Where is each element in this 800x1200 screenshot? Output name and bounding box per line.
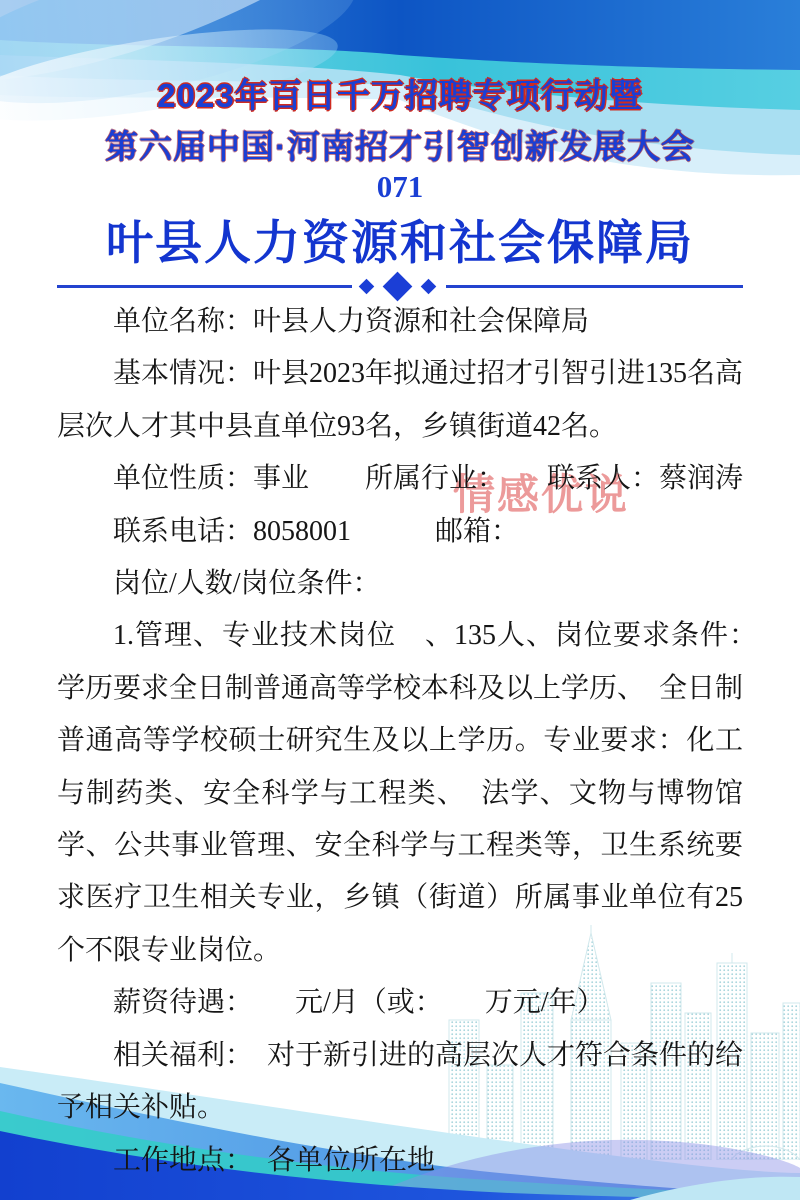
event-title-line2: 第六届中国·河南招才引智创新发展大会 <box>0 121 800 168</box>
benefits-paragraph: 相关福利： 对于新引进的高层次人才符合条件的给予相关补贴。 <box>57 1030 743 1135</box>
divider-diamond-small <box>421 279 437 295</box>
phone-email-paragraph: 联系电话：8058001 邮箱： <box>57 506 743 558</box>
divider-diamond-small <box>359 279 375 295</box>
organization-title: 叶县人力资源和社会保障局 <box>0 206 800 273</box>
event-title-line1: 2023年百日千万招聘专项行动暨 <box>0 70 800 117</box>
position-requirements-paragraph: 1.管理、专业技术岗位 、135人、岗位要求条件： 学历要求全日制普通高等学校本… <box>57 610 743 977</box>
unit-name-paragraph: 单位名称：叶县人力资源和社会保障局 <box>57 296 743 348</box>
listing-number: 071 <box>0 169 800 205</box>
recruitment-poster: 2023年百日千万招聘专项行动暨 第六届中国·河南招才引智创新发展大会 071 … <box>0 0 800 1200</box>
salary-paragraph: 薪资待遇： 元/月（或： 万元/年） <box>57 977 743 1029</box>
basic-info-paragraph: 基本情况：叶县2023年拟通过招才引智引进135名高层次人才其中县直单位93名，… <box>57 348 743 453</box>
divider-line-left <box>57 285 352 288</box>
job-details-text: 单位名称：叶县人力资源和社会保障局 基本情况：叶县2023年拟通过招才引智引进1… <box>57 296 743 1187</box>
unit-type-contact-paragraph: 单位性质：事业 所属行业： 联系人：蔡润涛 <box>57 453 743 505</box>
divider-line-right <box>446 285 743 288</box>
work-location-paragraph: 工作地点： 各单位所在地 <box>57 1135 743 1187</box>
position-header-paragraph: 岗位/人数/岗位条件： <box>57 558 743 610</box>
title-divider <box>57 281 743 291</box>
